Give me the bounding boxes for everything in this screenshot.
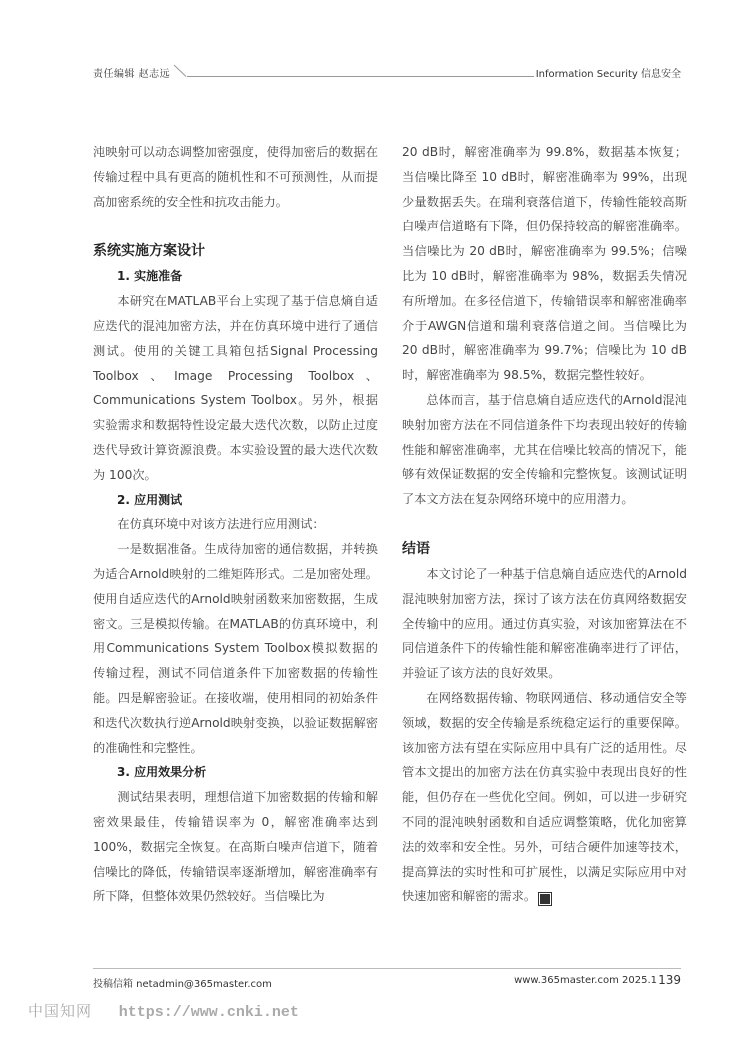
conclusion-heading: 结语 [402,536,687,562]
watermark-url: https://www.cnki.net [119,1004,299,1021]
running-header: 责任编辑 赵志远 Information Security 信息安全 [93,64,681,84]
paragraph: 一是数据准备。生成待加密的通信数据，并转换为适合Arnold映射的二维矩阵形式。… [93,537,378,760]
journal-section-label: Information Security 信息安全 [534,65,681,80]
end-of-article-icon: N [538,892,552,906]
left-column: 沌映射可以动态调整加密强度，使得加密后的数据在传输过程中具有更高的随机性和不可预… [93,140,378,909]
site-and-issue: www.365master.com 2025.1 [514,975,657,986]
paragraph: 本研究在MATLAB平台上实现了基于信息熵自适应迭代的混沌加密方法，并在仿真环境… [93,289,378,487]
paragraph-text: 在网络数据传输、物联网通信、移动通信安全等领域，数据的安全传输是系统稳定运行的重… [402,691,687,903]
paragraph: 20 dB时，解密准确率为 99.8%，数据基本恢复；当信噪比降至 10 dB时… [402,140,687,388]
editor-credit: 责任编辑 赵志远 [93,65,170,80]
paragraph: 在网络数据传输、物联网通信、移动通信安全等领域，数据的安全传输是系统稳定运行的重… [402,686,687,909]
subsection-heading: 1. 实施准备 [93,264,378,289]
watermark-cn: 中国知网 [28,1002,92,1020]
page-number: 139 [658,973,681,987]
subsection-heading: 3. 应用效果分析 [93,760,378,785]
section-heading: 系统实施方案设计 [93,238,378,264]
cnki-watermark: 中国知网 https://www.cnki.net [28,1000,299,1021]
paragraph: 本文讨论了一种基于信息熵自适应迭代的Arnold混沌映射加密方法，探讨了该方法在… [402,562,687,686]
subsection-heading: 2. 应用测试 [93,488,378,513]
header-slash-decoration [173,64,187,78]
right-column: 20 dB时，解密准确率为 99.8%，数据基本恢复；当信噪比降至 10 dB时… [402,140,687,909]
paragraph: 沌映射可以动态调整加密强度，使得加密后的数据在传输过程中具有更高的随机性和不可预… [93,140,378,214]
paragraph: 总体而言，基于信息熵自适应迭代的Arnold混沌映射加密方法在不同信道条件下均表… [402,388,687,512]
paragraph: 在仿真环境中对该方法进行应用测试： [93,512,378,537]
submission-email: 投稿信箱 netadmin@365master.com [93,975,272,990]
running-footer: 投稿信箱 netadmin@365master.com www.365maste… [93,968,681,995]
paragraph: 测试结果表明，理想信道下加密数据的传输和解密效果最佳，传输错误率为 0，解密准确… [93,785,378,909]
